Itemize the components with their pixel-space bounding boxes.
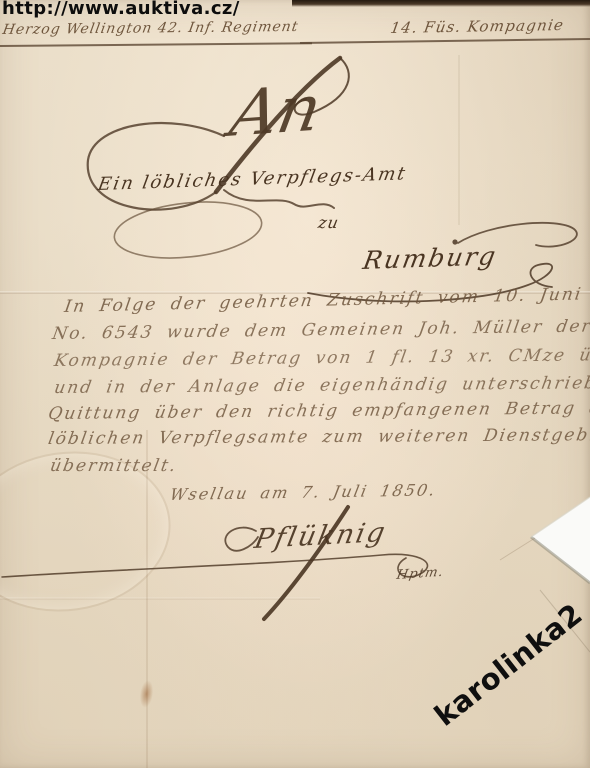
ink-stain [138, 679, 155, 709]
auction-site-watermark: http://www.auktiva.cz/ [2, 0, 240, 19]
header-left-underline [0, 42, 312, 46]
body-line: übermittelt. [48, 456, 179, 476]
body-line: Kompagnie der Betrag von 1 fl. 13 xr. CM… [53, 344, 590, 371]
signature-flourish [0, 495, 480, 630]
header-right-underline [300, 38, 590, 44]
photo-edge-strip [292, 0, 590, 7]
body-line: No. 6543 wurde dem Gemeinen Joh. Müller … [51, 315, 590, 344]
header-company: 14. Füs. Kompagnie [389, 16, 565, 37]
body-line: löblichen Verpflegsamte zum weiteren Die… [47, 425, 590, 449]
address-flourish-loop [100, 196, 280, 266]
header-regiment: Herzog Wellington 42. Inf. Regiment [1, 19, 299, 38]
body-line: und in der Anlage die eigenhändig unters… [53, 373, 590, 398]
body-line: Quittung über den richtig empfangenen Be… [47, 398, 590, 424]
scanned-letter-document: Herzog Wellington 42. Inf. Regiment 14. … [0, 0, 590, 768]
